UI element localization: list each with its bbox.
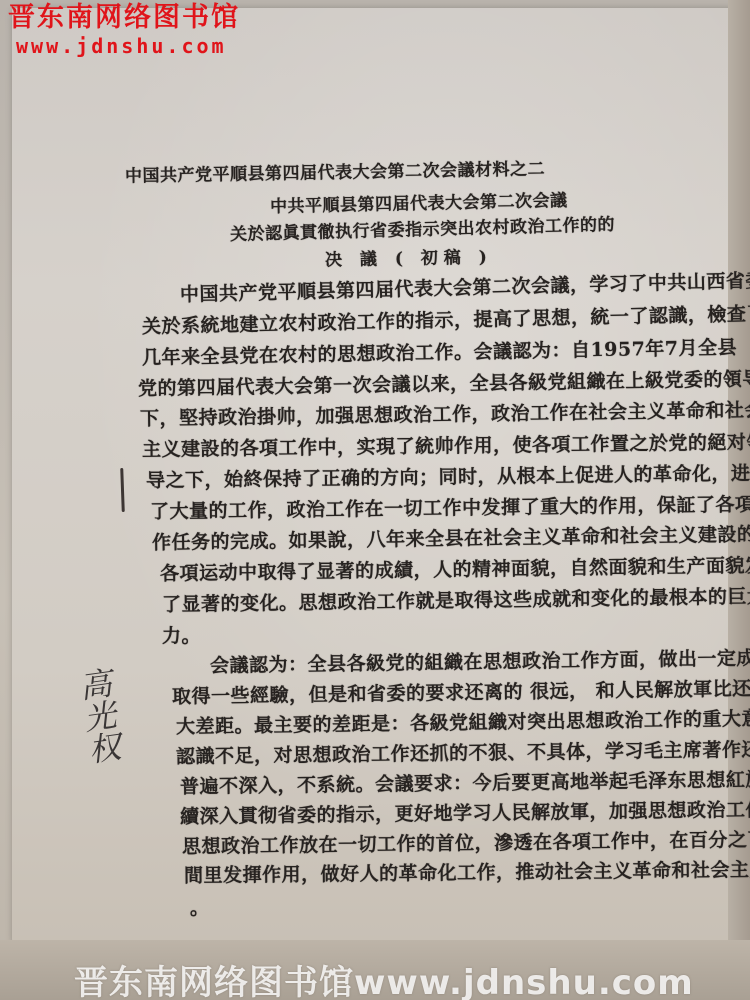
paragraph-line: 各項运动中取得了显著的成績，人的精神面貌，自然面貌和生产面貌发生 xyxy=(160,550,750,586)
paragraph-line: 認識不足，对思想政治工作还抓的不狠、不具体，学习毛主席著作还很不 xyxy=(176,734,750,769)
paragraph-line: 力。 xyxy=(162,621,201,648)
paragraph-line: 了大量的工作，政治工作在一切工作中发揮了重大的作用，保証了各項工 xyxy=(150,489,750,524)
paragraph-line: 普遍不深入，不系統。会議要求：今后要更高地举起毛泽东思想紅旗，継 xyxy=(180,764,750,799)
paragraph-line: 續深入貫彻省委的指示，更好地学习人民解放軍，加强思想政治工作，把 xyxy=(180,794,750,829)
document-header-line: 中国共产党平順县第四届代表大会第二次会議材料之二 xyxy=(125,154,545,186)
paragraph-line: 几年来全县党在农村的思想政治工作。会議認为：自1957年7月全县 xyxy=(142,333,737,370)
paragraph-line: 思想政治工作放在一切工作的首位，滲透在各項工作中，在百分之百的时 xyxy=(182,824,750,859)
paragraph-line: 。 xyxy=(190,893,210,920)
paragraph-line: 間里发揮作用，做好人的革命化工作，推动社会主义革命和社会主义建設 xyxy=(184,854,750,888)
paragraph-line: 取得一些經驗，但是和省委的要求还离的 很远， 和人民解放軍比还有很 xyxy=(172,673,750,709)
paragraph-line: 导之下，始終保持了正确的方向；同时，从根本上促进人的革命化，进行 xyxy=(146,458,750,493)
watermark-top-url: www.jdnshu.com xyxy=(16,34,240,58)
watermark-bottom: 晋东南网络图书馆www.jdnshu.com xyxy=(74,955,694,1000)
paragraph-line: 党的第四届代表大会第一次会議以来，全县各級党組織在上級党委的領导 xyxy=(138,364,750,401)
paragraph-line: 作任务的完成。如果說，八年来全县在社会主义革命和社会主义建設的 xyxy=(152,520,750,555)
paragraph-line: 大差距。最主要的差距是：各級党組織对突出思想政治工作的重大意义还 xyxy=(176,703,750,739)
paragraph-line: 了显著的变化。思想政治工作就是取得这些成就和变化的最根本的巨大动 xyxy=(162,581,750,617)
paragraph-line: 会議認为：全县各級党的組織在思想政治工作方面，做出一定成績， xyxy=(210,643,750,678)
paragraph-line: 下，堅持政治掛帅，加强思想政治工作，政治工作在社会主义革命和社会 xyxy=(140,395,750,431)
document-title-line-3: 决 議 ( 初稿 ) xyxy=(325,243,493,271)
paragraph-line: 主义建設的各項工作中，实現了統帅作用，使各項工作置之於党的絕对領 xyxy=(142,427,750,462)
document-content: 中国共产党平順县第四届代表大会第二次会議材料之二 中共平順县第四届代表大会第二次… xyxy=(0,0,750,1000)
watermark-top: 晋东南网络图书馆 www.jdnshu.com xyxy=(8,2,240,58)
watermark-top-name: 晋东南网络图书馆 xyxy=(8,2,240,34)
